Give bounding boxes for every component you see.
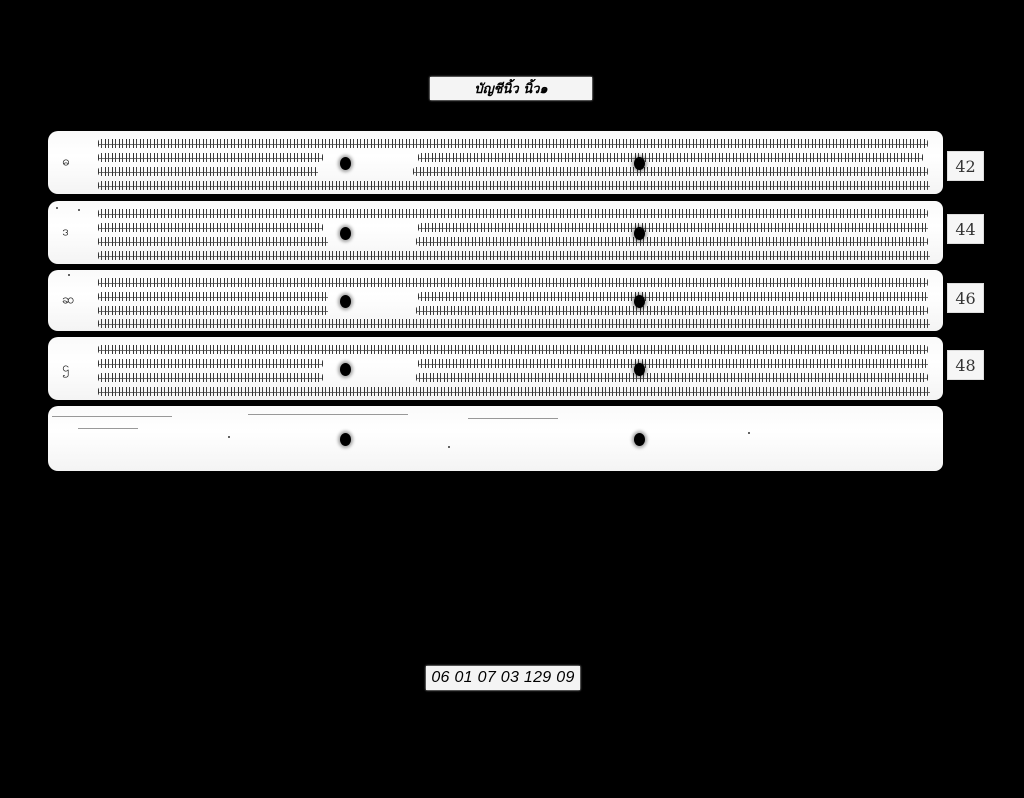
binding-hole-left	[340, 295, 351, 308]
palm-leaf-3: ဆ	[48, 270, 943, 331]
leaf-text	[98, 342, 935, 396]
manuscript-title-label: บัญชีนิ้ว นิ้ว๑	[430, 77, 592, 100]
binding-hole-right	[634, 363, 645, 376]
binding-hole-left	[340, 227, 351, 240]
folio-mark: ဆ	[62, 291, 75, 310]
page-number-tag: 46	[947, 283, 984, 313]
binding-hole-right	[634, 295, 645, 308]
palm-leaf-5-blank	[48, 406, 943, 471]
binding-hole-left	[340, 363, 351, 376]
palm-leaf-2: ဒ	[48, 201, 943, 264]
page-number-tag: 48	[947, 350, 984, 380]
page-number-tag: 44	[947, 214, 984, 244]
leaf-text	[98, 275, 935, 327]
binding-hole-right	[634, 227, 645, 240]
binding-hole-left	[340, 157, 351, 170]
page-number-tag: 42	[947, 151, 984, 181]
catalog-code-label: 06 01 07 03 129 09	[426, 666, 580, 690]
palm-leaf-4: ဌ	[48, 337, 943, 400]
folio-mark: ဌ	[62, 359, 69, 378]
palm-leaf-1: ဓ	[48, 131, 943, 194]
manuscript-title: บัญชีนิ้ว นิ้ว๑	[474, 78, 547, 99]
binding-hole-right	[634, 433, 645, 446]
folio-mark: ဒ	[62, 223, 69, 242]
leaf-text	[98, 206, 935, 260]
leaf-text	[98, 136, 935, 190]
binding-hole-left	[340, 433, 351, 446]
folio-mark: ဓ	[62, 153, 69, 172]
catalog-code: 06 01 07 03 129 09	[431, 669, 574, 687]
binding-hole-right	[634, 157, 645, 170]
